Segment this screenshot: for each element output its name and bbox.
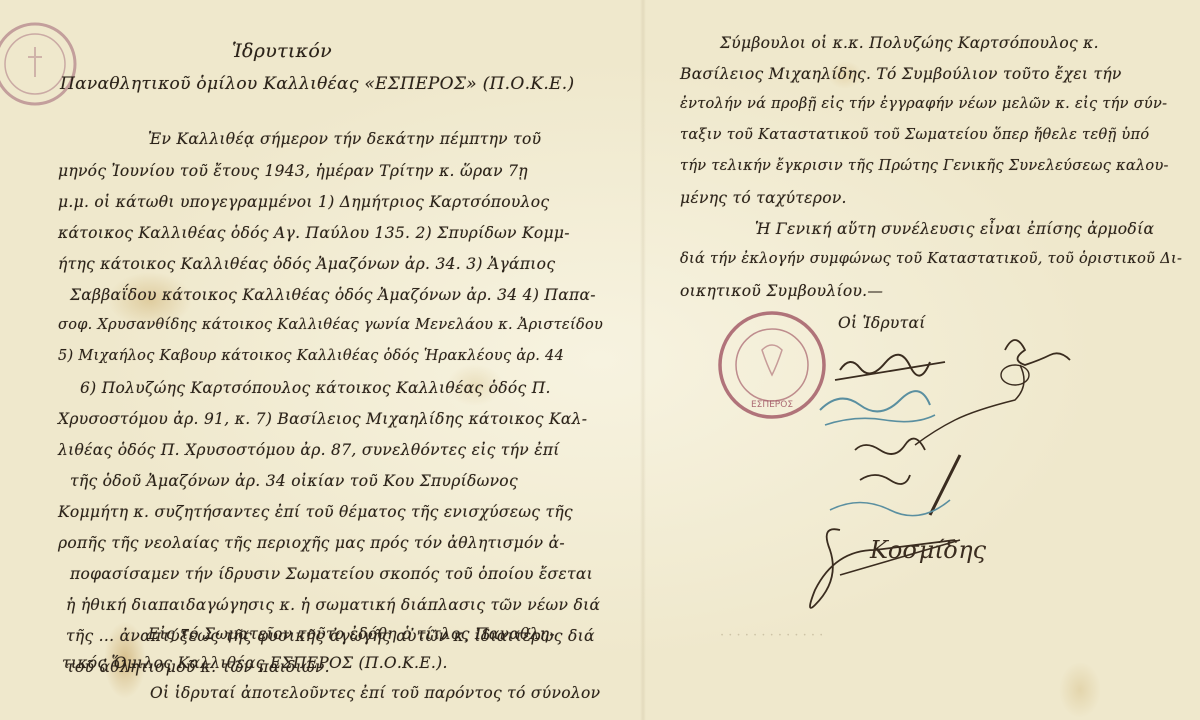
text-line: διά τήν ἐκλογήν συμφώνως τοῦ Καταστατικο… bbox=[680, 251, 1182, 267]
page-fold bbox=[640, 0, 646, 720]
text-line: ταξιν τοῦ Καταστατικοῦ τοῦ Σωματείου ὅπε… bbox=[680, 127, 1149, 143]
text-line: Βασίλειος Μιχαηλίδης. Τό Συμβούλιον τοῦτ… bbox=[680, 65, 1122, 83]
text-line: μένης τό ταχύτερον. bbox=[680, 189, 847, 207]
text-line: Οἱ ἱδρυταί ἀποτελοῦντες ἐπί τοῦ παρόντος… bbox=[150, 684, 600, 702]
text-line: 5) Μιχαήλος Καβουρ κάτοικος Καλλιθέας ὁδ… bbox=[58, 348, 564, 364]
founder-signatures: Κοσμίδης bbox=[800, 330, 1080, 610]
text-line: Χρυσοστόμου ἀρ. 91, κ. 7) Βασίλειος Μιχα… bbox=[58, 410, 587, 428]
text-line: μ.μ. οἱ κάτωθι υπογεγραμμένοι 1) Δημήτρι… bbox=[58, 193, 549, 211]
text-line: τῆς ὁδοῦ Ἀμαζόνων ἀρ. 34 οἰκίαν τοῦ Κου … bbox=[70, 472, 518, 490]
text-line: οικητικοῦ Συμβουλίου.— bbox=[680, 282, 883, 300]
text-line: ποφασίσαμεν τήν ίδρυσιν Σωματείου σκοπός… bbox=[70, 565, 593, 583]
text-line: Εἰς τό Σωματεῖον τοῦτο ἐδόθη ὁ τίτλος Πα… bbox=[148, 625, 555, 643]
text-line: Ἐν Καλλιθέᾳ σήμερον τήν δεκάτην πέμπτην … bbox=[148, 130, 541, 148]
text-line: Κομμήτη κ. συζητήσαντες ἐπί τοῦ θέματος … bbox=[58, 503, 573, 521]
text-line: Σαββαΐδου κάτοικος Καλλιθέας ὁδός Ἀμαζόν… bbox=[70, 286, 596, 304]
text-line: μηνός Ἰουνίου τοῦ ἔτους 1943, ἡμέραν Τρί… bbox=[58, 162, 528, 180]
text-line: λιθέας ὁδός Π. Χρυσοστόμου ἀρ. 87, συνελ… bbox=[58, 441, 560, 459]
text-line: Ἡ Γενική αὕτη συνέλευσις εἶναι ἐπίσης ἁρ… bbox=[755, 220, 1154, 238]
text-line: ἡ ἠθική διαπαιδαγώγησις κ. ἡ σωματική δι… bbox=[66, 596, 600, 614]
text-line: τήν τελικήν ἔγκρισιν τῆς Πρώτης Γενικῆς … bbox=[680, 158, 1169, 174]
svg-text:Κοσμίδης: Κοσμίδης bbox=[869, 536, 987, 564]
document-title: Ἱδρυτικόν bbox=[232, 40, 332, 62]
text-line: τικός Ὅμιλος Καλλιθέας ΕΣΠΕΡΟΣ (Π.Ο.Κ.Ε.… bbox=[62, 654, 448, 672]
text-line: κάτοικος Καλλιθέας ὁδός Αγ. Παύλου 135. … bbox=[58, 224, 570, 242]
text-line: ροπῆς τῆς νεολαίας τῆς περιοχῆς μας πρός… bbox=[58, 534, 565, 552]
document-subtitle: Παναθλητικοῦ ὁμίλου Καλλιθέας «ΕΣΠΕΡΟΣ» … bbox=[60, 74, 574, 94]
svg-text:ΕΣΠΕΡΟΣ: ΕΣΠΕΡΟΣ bbox=[751, 400, 793, 410]
club-stamp-left bbox=[0, 12, 100, 122]
text-line: ήτης κάτοικος Καλλιθέας ὁδός Ἀμαζόνων ἀρ… bbox=[58, 255, 555, 273]
bleed-through-text: · · · · · · · · · · · · · bbox=[720, 628, 823, 643]
text-line: Σύμβουλοι οἱ κ.κ. Πολυζώης Καρτσόπουλος … bbox=[720, 34, 1099, 52]
text-line: ἐντολήν νά προβῇ εἰς τήν ἐγγραφήν νέων μ… bbox=[680, 96, 1167, 112]
text-line: σοφ. Χρυσανθίδης κάτοικος Καλλιθέας γωνί… bbox=[58, 317, 603, 333]
text-line: 6) Πολυζώης Καρτσόπουλος κάτοικος Καλλιθ… bbox=[80, 379, 551, 397]
